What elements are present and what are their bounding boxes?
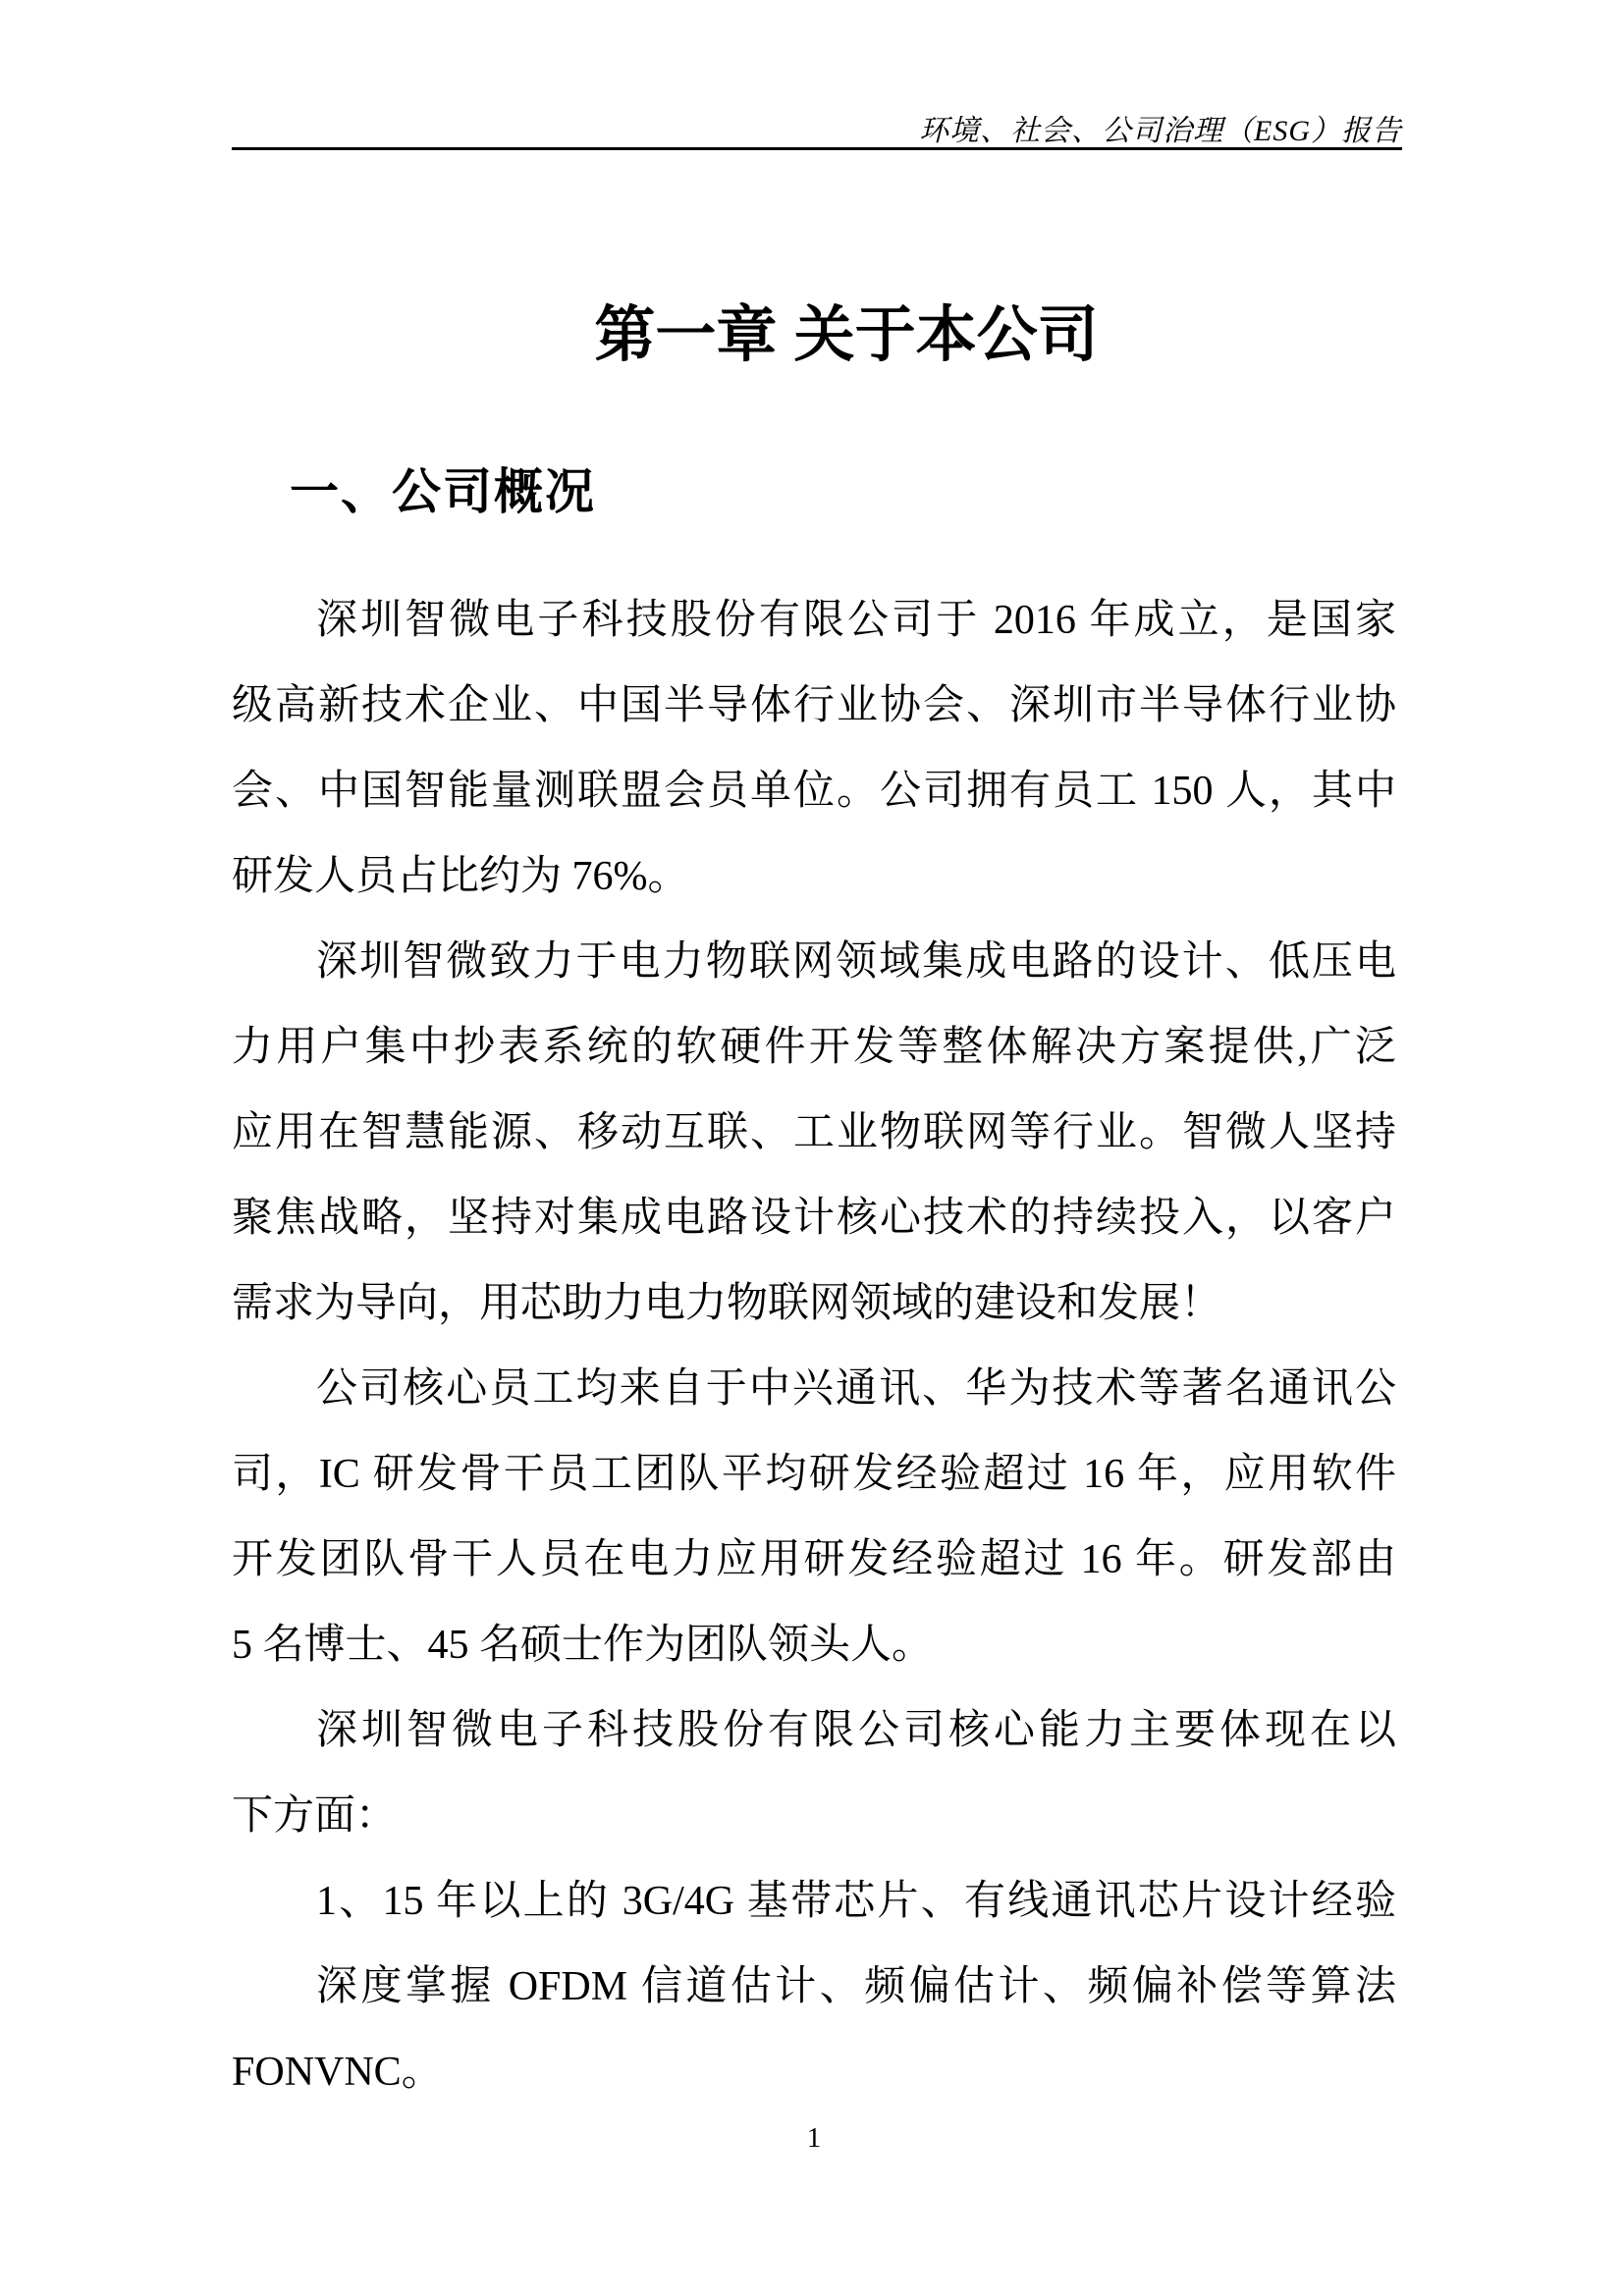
chapter-title: 第一章 关于本公司 (261, 300, 1432, 371)
document-body: 深圳智微电子科技股份有限公司于 2016 年成立，是国家 级高新技术企业、中国半… (232, 578, 1396, 2115)
body-line: 力用户集中抄表系统的软硬件开发等整体解决方案提供,广泛 (232, 1005, 1396, 1091)
page-number: 1 (807, 2122, 822, 2154)
page: 环境、社会、公司治理（ESG）报告 第一章 关于本公司 一、公司概况 深圳智微电… (0, 0, 1624, 2296)
body-line: 需求为导向，用芯助力电力物联网领域的建设和发展！ (232, 1261, 1396, 1347)
body-line: 深圳智微电子科技股份有限公司于 2016 年成立，是国家 (232, 578, 1396, 664)
body-line: FONVNC。 (232, 2030, 1396, 2115)
body-line: 深度掌握 OFDM 信道估计、频偏估计、频偏补偿等算法 (232, 1945, 1396, 2030)
body-line: 级高新技术企业、中国半导体行业协会、深圳市半导体行业协 (232, 664, 1396, 749)
body-line: 深圳智微电子科技股份有限公司核心能力主要体现在以 (232, 1688, 1396, 1774)
page-footer: 1 (232, 2122, 1396, 2155)
body-line: 1、15 年以上的 3G/4G 基带芯片、有线通讯芯片设计经验 (232, 1859, 1396, 1945)
body-line: 5 名博士、45 名硕士作为团队领头人。 (232, 1603, 1396, 1688)
header-rule (232, 147, 1402, 150)
body-line: 公司核心员工均来自于中兴通讯、华为技术等著名通讯公 (232, 1347, 1396, 1432)
body-line: 深圳智微致力于电力物联网领域集成电路的设计、低压电 (232, 920, 1396, 1005)
body-line: 研发人员占比约为 76%。 (232, 834, 1396, 920)
body-line: 司，IC 研发骨干员工团队平均研发经验超过 16 年，应用软件 (232, 1432, 1396, 1518)
body-line: 会、中国智能量测联盟会员单位。公司拥有员工 150 人，其中 (232, 749, 1396, 834)
header-report-title: 环境、社会、公司治理（ESG）报告 (919, 106, 1402, 149)
section-heading: 一、公司概况 (290, 463, 596, 520)
body-line: 聚焦战略，坚持对集成电路设计核心技术的持续投入，以客户 (232, 1176, 1396, 1261)
body-line: 应用在智慧能源、移动互联、工业物联网等行业。智微人坚持 (232, 1091, 1396, 1176)
body-line: 下方面： (232, 1774, 1396, 1859)
body-line: 开发团队骨干人员在电力应用研发经验超过 16 年。研发部由 (232, 1518, 1396, 1603)
